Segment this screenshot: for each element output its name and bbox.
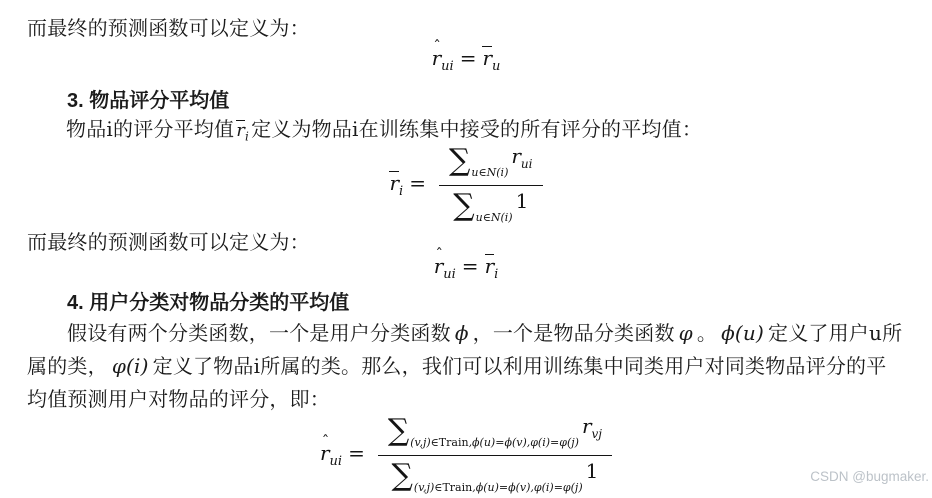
fraction-denominator: ∑u∈N(i)1 (439, 186, 543, 224)
summand-constant: 1 (586, 459, 599, 483)
formula-item-mean-lhs: ri= (389, 171, 432, 195)
para-final-prediction-1: 而最终的预测函数可以定义为： (27, 12, 905, 45)
rhs-subscript: i (494, 267, 498, 282)
formula-class-mean-prediction: ˆrui= ∑(v,j)∈Train,ϕ(u)=ϕ(v),φ(i)=φ(j)rv… (0, 412, 932, 494)
para-class-text-2: ，一个是物品分类函数 (473, 321, 675, 345)
formula-class-mean-lhs: ˆrui= (320, 441, 371, 465)
lhs-subscript: i (399, 184, 403, 199)
varphi-i-expression: φ(i) (112, 354, 149, 378)
equals-sign: = (348, 441, 365, 465)
lhs-subscript: ui (443, 267, 456, 282)
para-item-text-pre: 物品i的评分平均值 (66, 117, 234, 141)
inline-r-base: r (236, 120, 245, 141)
condition-pair: (v,j)∈ (410, 436, 439, 449)
hat-accent: ˆ (322, 432, 330, 450)
formula-user-mean-prediction: ˆrui=ru (0, 46, 932, 70)
hat-accent: ˆ (433, 37, 441, 55)
condition-class-match: ,ϕ(u)=ϕ(v),φ(i)=φ(j) (469, 436, 579, 449)
fraction: ∑u∈N(i)rui ∑u∈N(i)1 (439, 142, 543, 224)
r-hat-lhs: ˆr (434, 254, 444, 278)
phi-symbol: ϕ (455, 321, 469, 345)
para-class-functions: 假设有两个分类函数，一个是用户分类函数ϕ，一个是物品分类函数φ。ϕ(u)定义了用… (27, 317, 905, 416)
summand-constant: 1 (516, 189, 529, 213)
sum-condition: u∈N(i) (471, 166, 508, 179)
formula-item-pred-body: ˆrui=ri (434, 254, 499, 278)
condition-set-train: Train (439, 436, 469, 449)
fraction-denominator: ∑(v,j)∈Train,ϕ(u)=ϕ(v),φ(i)=φ(j)1 (378, 456, 612, 494)
formula-user-mean-body: ˆrui=ru (432, 46, 501, 70)
r-bar-rhs: r (482, 46, 492, 68)
rhs-variable: r (485, 254, 495, 278)
sigma-operator: ∑ (449, 143, 470, 178)
formula-item-mean-prediction: ˆrui=ri (0, 254, 932, 278)
csdn-watermark: CSDN @bugmaker. (810, 469, 929, 484)
sigma-operator: ∑ (453, 188, 474, 223)
r-hat-lhs: ˆr (320, 441, 330, 465)
sigma-operator: ∑ (388, 413, 409, 448)
hat-accent: ˆ (435, 245, 443, 263)
r-bar-rhs: r (485, 254, 495, 276)
fraction: ∑(v,j)∈Train,ϕ(u)=ϕ(v),φ(i)=φ(j)rvj ∑(v,… (378, 412, 612, 494)
lhs-subscript: ui (441, 59, 454, 74)
section-heading-item-average: 3. 物品评分平均值 (67, 88, 229, 114)
para-class-text-3: 。 (697, 321, 717, 345)
document-page: 而最终的预测函数可以定义为： ˆrui=ru 3. 物品评分平均值 物品i的评分… (0, 0, 932, 498)
phi-u-expression: ϕ(u) (721, 321, 764, 345)
summand-subscript: vj (592, 427, 603, 441)
summand-variable: r (582, 414, 592, 438)
equals-sign: = (462, 254, 479, 278)
condition-pair: (v,j)∈ (414, 481, 443, 494)
r-hat-lhs: ˆr (432, 46, 442, 70)
para-item-text-post: 定义为物品i在训练集中接受的所有评分的平均值： (251, 117, 702, 141)
lhs-subscript: ui (330, 454, 343, 469)
fraction-numerator: ∑u∈N(i)rui (439, 142, 543, 186)
formula-item-mean-definition: ri= ∑u∈N(i)rui ∑u∈N(i)1 (0, 142, 932, 224)
summand-subscript: ui (521, 157, 533, 171)
equals-sign: = (460, 46, 477, 70)
lhs-variable: r (389, 171, 399, 195)
section-heading-class-average: 4. 用户分类对物品分类的平均值 (67, 290, 349, 316)
rhs-subscript: u (492, 59, 500, 74)
fraction-numerator: ∑(v,j)∈Train,ϕ(u)=ϕ(v),φ(i)=φ(j)rvj (378, 412, 612, 456)
rhs-variable: r (482, 46, 492, 70)
equals-sign: = (409, 171, 426, 195)
sum-condition: (v,j)∈Train,ϕ(u)=ϕ(v),φ(i)=φ(j) (410, 436, 579, 449)
inline-r-bar-i: ri (236, 120, 249, 141)
sigma-operator: ∑ (391, 458, 412, 493)
sum-condition: (v,j)∈Train,ϕ(u)=ϕ(v),φ(i)=φ(j) (414, 481, 583, 494)
para-class-text-1: 假设有两个分类函数，一个是用户分类函数 (67, 321, 451, 345)
varphi-symbol: φ (679, 321, 693, 345)
condition-class-match: ,ϕ(u)=ϕ(v),φ(i)=φ(j) (472, 481, 582, 494)
sum-condition: u∈N(i) (476, 211, 513, 224)
summand-variable: r (511, 144, 521, 168)
condition-set-train: Train (442, 481, 472, 494)
para-class-text-5: 定义了物品i所属的类。那么，我们可以利用训练集中同类用户对同类物品评分的平均值预… (27, 354, 886, 411)
r-bar-lhs: r (389, 171, 399, 193)
